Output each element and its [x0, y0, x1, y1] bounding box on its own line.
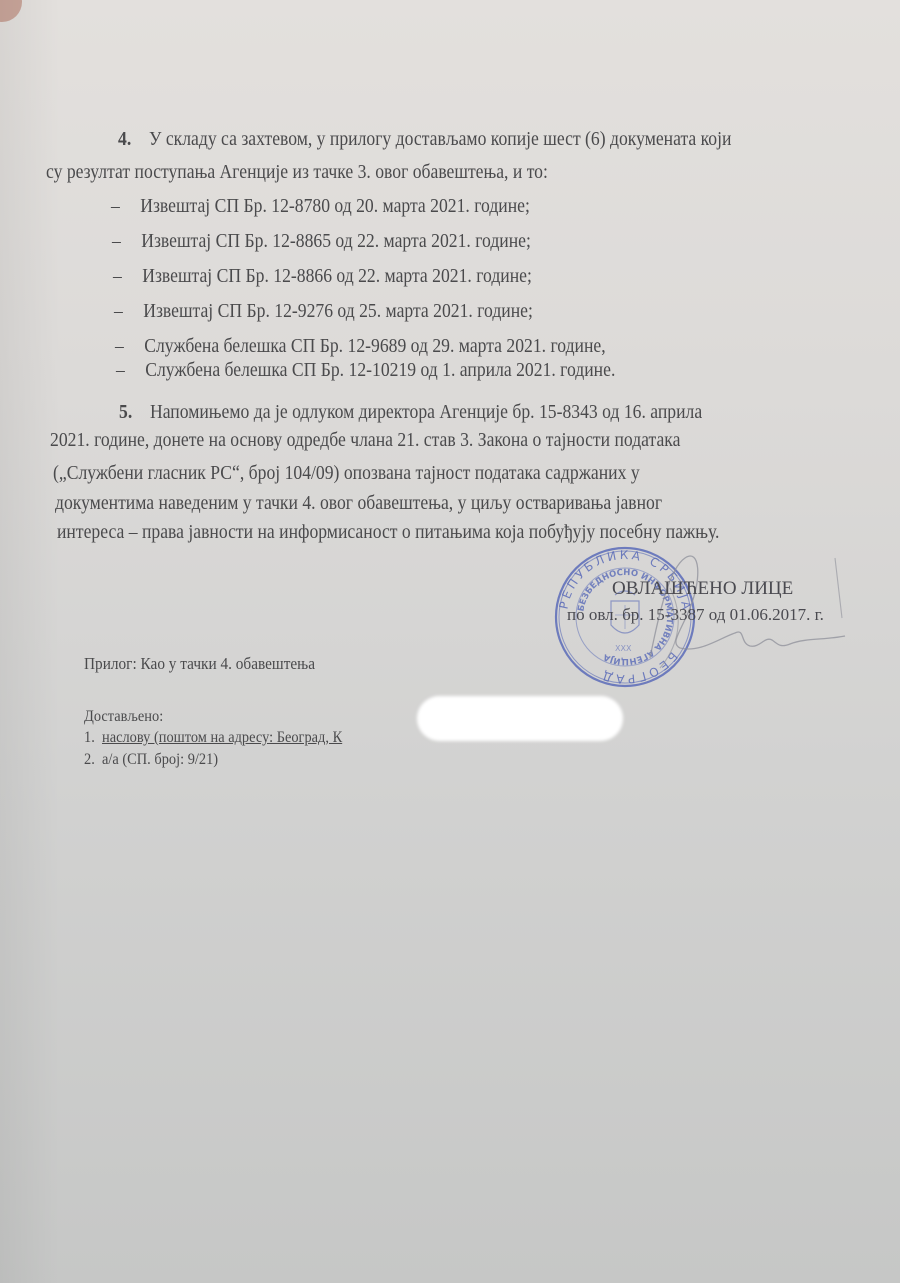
delivered-heading: Достављено:	[84, 707, 163, 727]
list-item: –Службена белешка СП Бр. 12-9689 од 29. …	[115, 334, 606, 358]
section-5-line-4: документима наведеним у тачки 4. овог об…	[55, 491, 662, 515]
section-5-line-3: („Службени гласник РС“, број 104/09) опо…	[53, 461, 640, 485]
authorized-person-title: ОВЛАШЋЕНО ЛИЦЕ	[612, 578, 793, 600]
section-5-number: 5.	[119, 400, 150, 424]
section-5-line-5: интереса – права јавности на информисано…	[57, 520, 719, 544]
svg-text:XXX: XXX	[615, 644, 632, 653]
list-item: –Службена белешка СП Бр. 12-10219 од 1. …	[116, 358, 615, 382]
list-item: –Извештај СП Бр. 12-8780 од 20. марта 20…	[111, 194, 530, 218]
authorization-reference: по овл. бр. 15-3387 од 01.06.2017. г.	[567, 605, 824, 625]
section-4-line-1: 4.У складу са захтевом, у прилогу достав…	[118, 127, 731, 151]
list-item: –Извештај СП Бр. 12-9276 од 25. марта 20…	[114, 299, 533, 323]
redaction-mark	[417, 696, 623, 741]
attachment-note: Прилог: Као у тачки 4. обавештења	[84, 654, 315, 674]
page-corner-shadow	[0, 0, 22, 22]
section-5-line-1: 5.Напомињемо да је одлуком директора Аге…	[119, 400, 702, 424]
section-4-line-2: су резултат поступања Агенције из тачке …	[46, 160, 548, 184]
list-item: –Извештај СП Бр. 12-8866 од 22. марта 20…	[113, 264, 532, 288]
list-item: –Извештај СП Бр. 12-8865 од 22. марта 20…	[112, 229, 531, 253]
delivered-item: 1. наслову (поштом на адресу: Београд, К	[84, 728, 342, 748]
section-4-number: 4.	[118, 127, 149, 151]
page-shading	[0, 0, 60, 1283]
section-5-line-2: 2021. године, донете на основу одредбе ч…	[50, 428, 680, 452]
delivered-item: 2. а/а (СП. број: 9/21)	[84, 750, 218, 770]
